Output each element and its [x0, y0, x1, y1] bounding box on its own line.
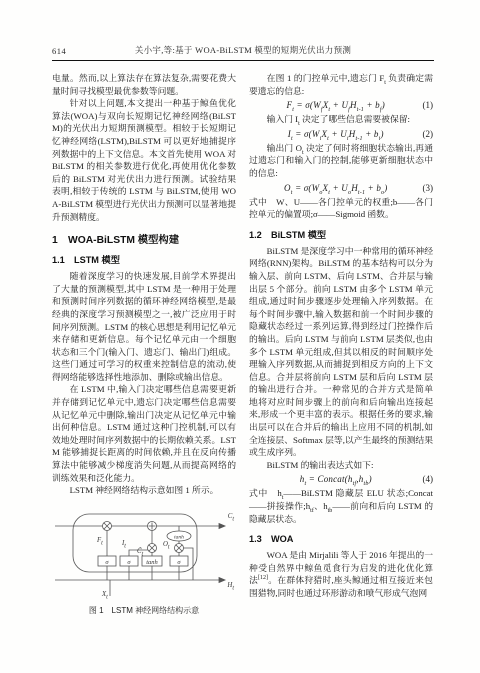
running-title: 关小宇,等:基于 WOA-BiLSTM 模型的短期光伏出力预测	[108, 44, 378, 56]
equation-formula: It = σ(WiXt + UiHt-1 + bi)	[249, 129, 423, 139]
cell-output-label: Ct	[228, 514, 234, 521]
equation-1: Ft = σ(WfXt + UfHt-1 + bf) (1)	[249, 100, 433, 110]
page-header: 614 关小宇,等:基于 WOA-BiLSTM 模型的短期光伏出力预测	[52, 44, 434, 61]
equation-2: It = σ(WiXt + UiHt-1 + bi) (2)	[249, 129, 433, 139]
candidate-label: C̃t	[137, 549, 143, 556]
figure-reference: LSTM 神经网络结构示意如图 1 所示。	[52, 484, 236, 497]
paragraph: 输入门 It 决定了哪些信息需要被保留:	[249, 113, 433, 126]
page-content: 614 关小宇,等:基于 WOA-BiLSTM 模型的短期光伏出力预测 电量。然…	[52, 44, 434, 616]
input-x-label: Xt	[102, 592, 108, 599]
equation-formula: Ft = σ(WfXt + UfHt-1 + bf)	[249, 100, 423, 110]
equation-number: (3)	[423, 183, 434, 193]
lstm-structure-diagram: σ σ tanh σ tanh Ft It C̃t Ot Xt Ct	[53, 504, 235, 600]
section-1-heading: 1 WOA-BiLSTM 模型构建	[52, 231, 236, 246]
where-clause: 式中 W、U——各门控单元的权重;b——各门控单元的偏置项;σ——Sigmoid…	[249, 196, 433, 221]
paragraph: 在 LSTM 中,输入门决定哪些信息需要更新并存储到记忆单元中,遗忘门决定哪些信…	[52, 383, 236, 484]
hidden-output-label: Ht	[227, 583, 234, 590]
section-1-1-heading: 1.1 LSTM 模型	[52, 252, 236, 266]
arrowhead-icon	[219, 523, 225, 528]
paragraph: 输出门 Ot 决定了何时将细胞状态输出,再通过遗忘门和输入门的控制,能够更新细胞…	[249, 142, 433, 180]
paragraph: 随着深度学习的快速发展,目前学术界提出了大量的预测模型,其中 LSTM 是一种用…	[52, 270, 236, 383]
output-gate-label: Ot	[163, 542, 170, 549]
forget-gate-label: Ft	[97, 538, 103, 545]
left-column: 电量。然而,以上算法存在算法复杂,需要花费大量时间寻找模型最优参数等问题。 针对…	[52, 72, 236, 616]
where-clause: 式中 ht——BiLSTM 隐藏层 ELU 状态;Concat——拼接操作;ht…	[249, 487, 433, 525]
two-column-layout: 电量。然而,以上算法存在算法复杂,需要花费大量时间寻找模型最优参数等问题。 针对…	[52, 72, 434, 616]
figure-1-caption: 图 1 LSTM 神经网络结构示意	[52, 605, 236, 616]
page-number: 614	[52, 46, 108, 56]
equation-4: ht = Concat(htf,htb) (4)	[249, 474, 433, 484]
equation-3: Ot = σ(WoXt + UoHt-1 + bo) (3)	[249, 183, 433, 193]
paragraph: 在图 1 的门控单元中,遗忘门 Ft 负责确定需要遗忘的信息:	[249, 72, 433, 97]
lstm-figure-svg: σ σ tanh σ tanh	[53, 504, 235, 600]
input-gate-label: It	[122, 541, 126, 548]
equation-number: (2)	[423, 129, 434, 139]
figure-1: σ σ tanh σ tanh Ft It C̃t Ot Xt Ct	[52, 504, 236, 616]
tanh-oval-label: tanh	[174, 534, 184, 540]
equation-formula: Ot = σ(WoXt + UoHt-1 + bo)	[249, 183, 423, 193]
paragraph: BiLSTM 的输出表达式如下:	[249, 459, 433, 472]
section-1-3-heading: 1.3 WOA	[249, 531, 433, 545]
equation-number: (1)	[423, 100, 434, 110]
paragraph: WOA 是由 Mirjalili 等人于 2016 年提出的一种受自然界中鲸鱼觅…	[249, 549, 433, 599]
paragraph: BiLSTM 是深度学习中一种常用的循环神经网络(RNN)架构。BiLSTM 的…	[249, 245, 433, 459]
tanh-gate-label: tanh	[146, 559, 158, 566]
arrowhead-icon	[219, 577, 225, 582]
journal-page: 614 关小宇,等:基于 WOA-BiLSTM 模型的短期光伏出力预测 电量。然…	[0, 0, 480, 673]
right-column: 在图 1 的门控单元中,遗忘门 Ft 负责确定需要遗忘的信息: Ft = σ(W…	[249, 72, 433, 616]
equation-formula: ht = Concat(htf,htb)	[249, 474, 423, 484]
section-1-2-heading: 1.2 BiLSTM 模型	[249, 227, 433, 241]
paragraph: 针对以上问题,本文提出一种基于鲸鱼优化算法(WOA)与双向长短期记忆神经网络(B…	[52, 97, 236, 223]
equation-number: (4)	[423, 474, 434, 484]
paragraph: 电量。然而,以上算法存在算法复杂,需要花费大量时间寻找模型最优参数等问题。	[52, 72, 236, 97]
